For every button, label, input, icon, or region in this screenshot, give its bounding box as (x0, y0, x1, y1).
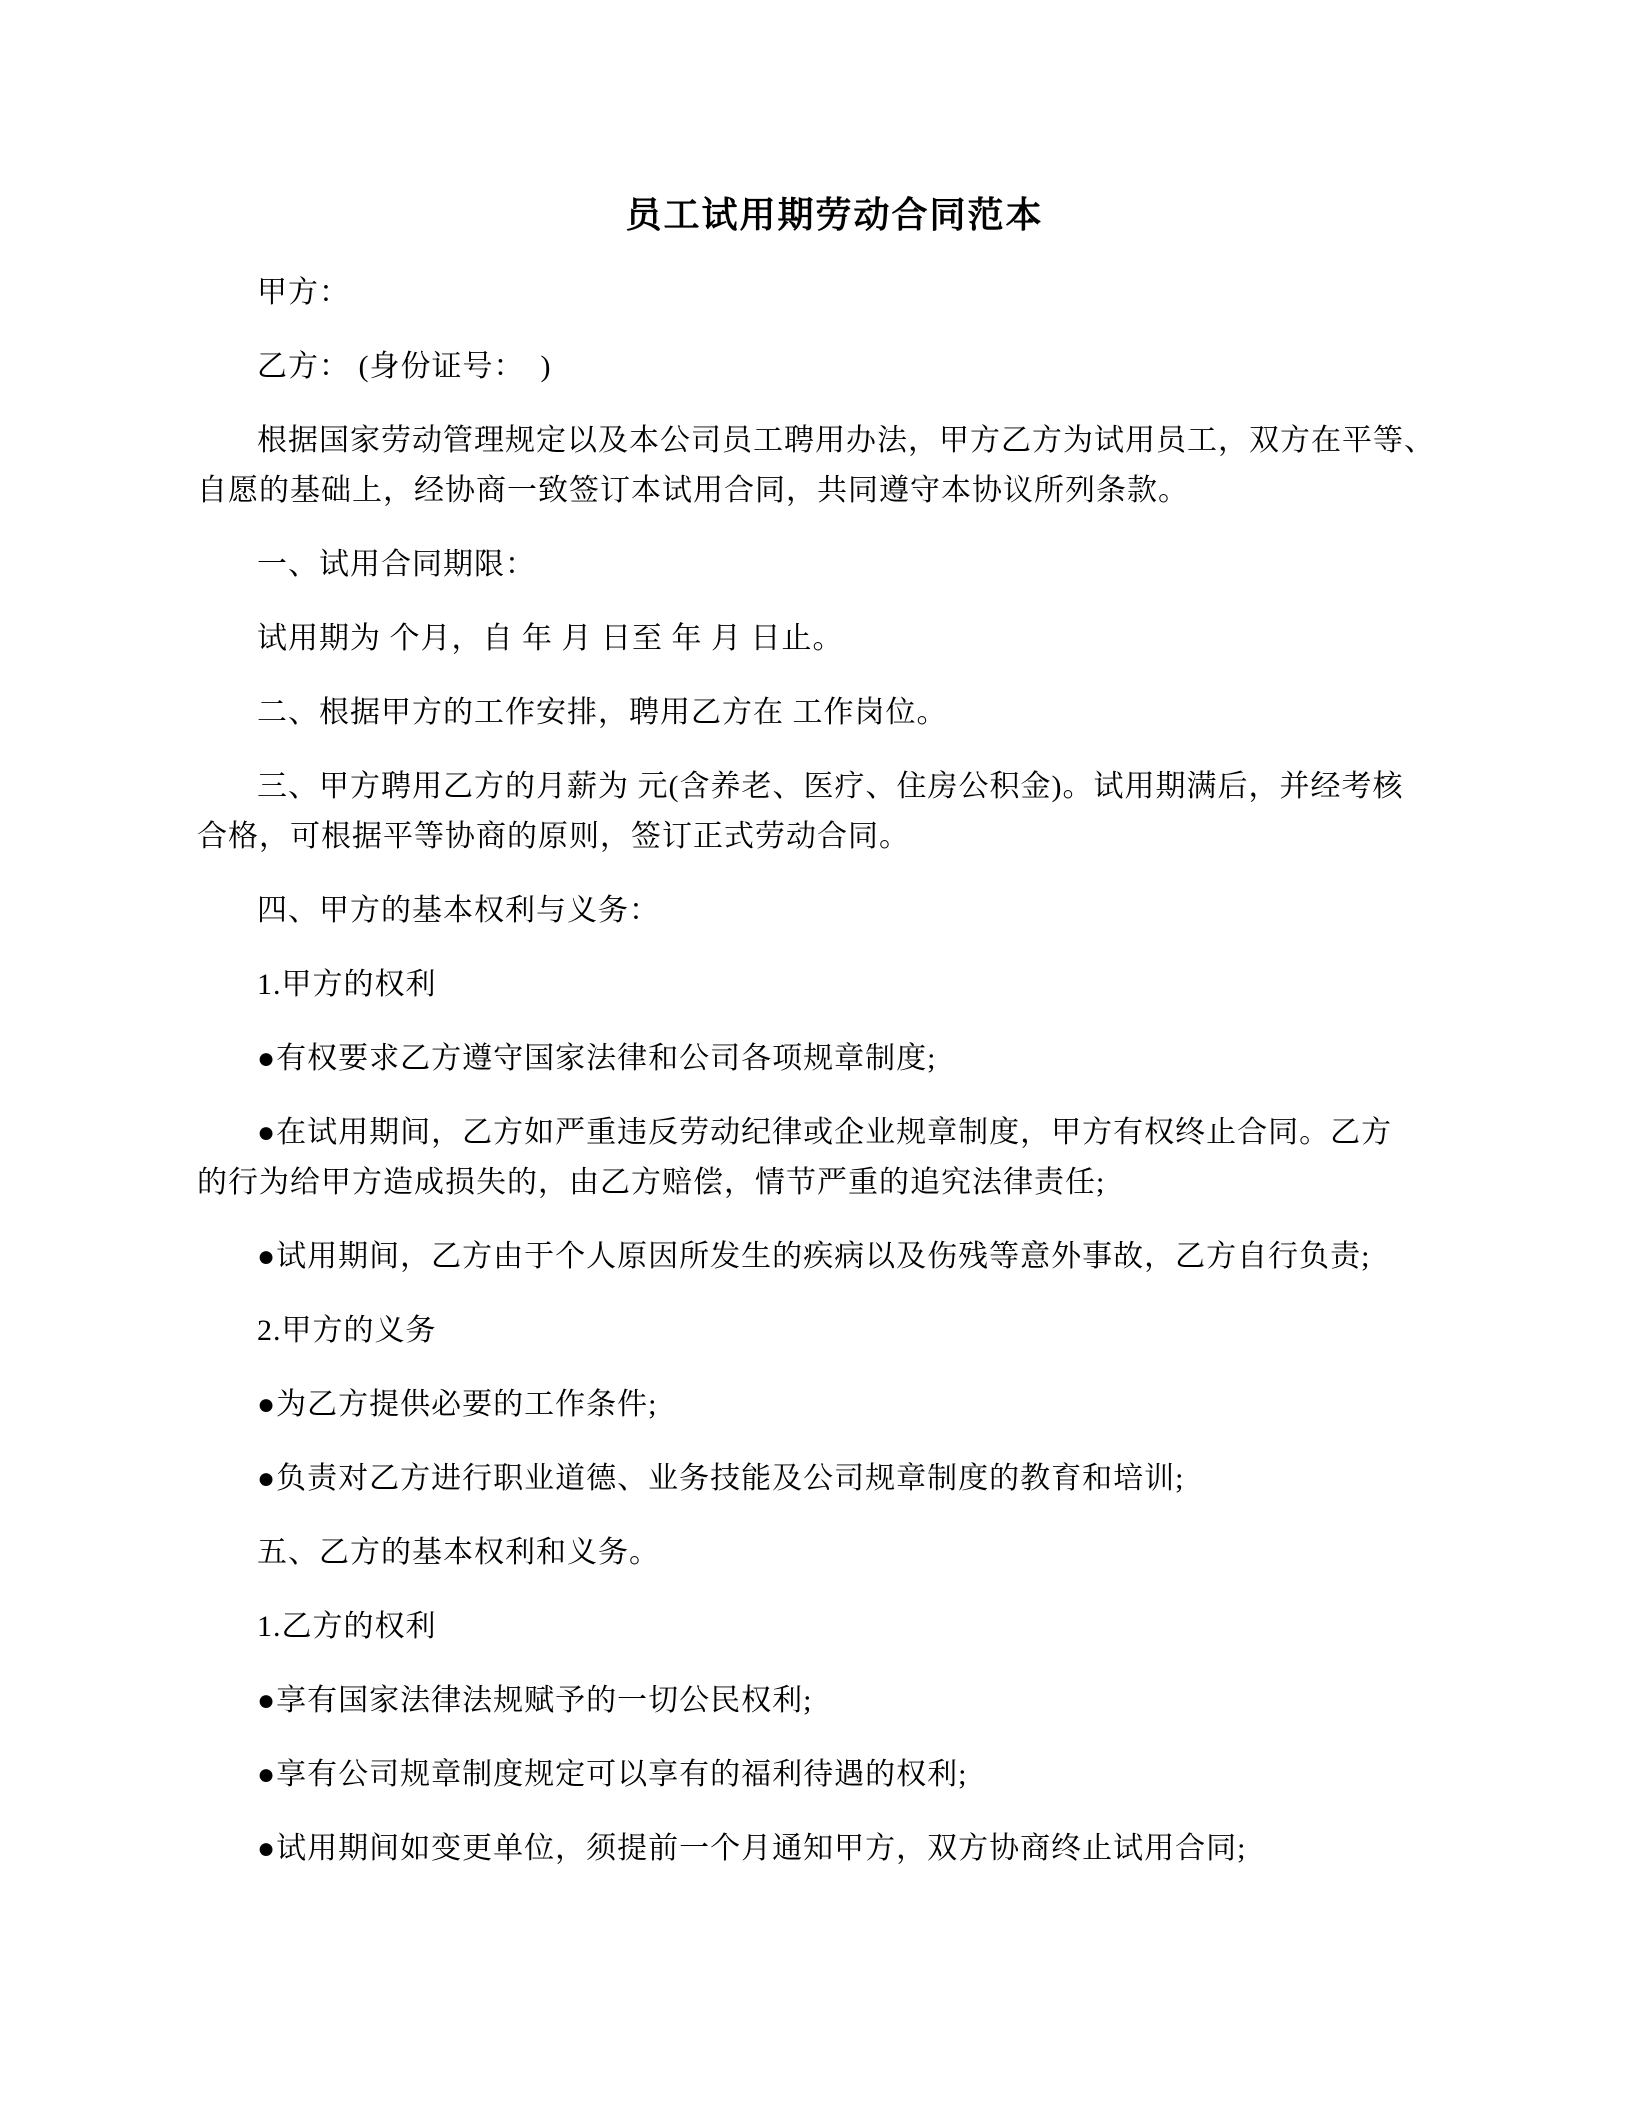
party-b-right-item-1: ●享有国家法律法规赋予的一切公民权利; (197, 1676, 1472, 1726)
party-a-right-item-3: ●试用期间，乙方由于个人原因所发生的疾病以及伤残等意外事故，乙方自行负责; (197, 1232, 1472, 1282)
bullet-line: ●试用期间如变更单位，须提前一个月通知甲方，双方协商终止试用合同; (197, 1824, 1472, 1874)
clause-5-heading-paragraph: 五、乙方的基本权利和义务。 (197, 1528, 1472, 1578)
clause-3-line-2: 合格，可根据平等协商的原则，签订正式劳动合同。 (197, 812, 1472, 862)
clause-3-paragraph: 三、甲方聘用乙方的月薪为 元(含养老、医疗、住房公积金)。试用期满后，并经考核 … (197, 762, 1472, 862)
clause-5-heading-line: 五、乙方的基本权利和义务。 (197, 1528, 1472, 1578)
party-b-paragraph: 乙方： (身份证号： ) (197, 342, 1472, 392)
clause-1-term-paragraph: 试用期为 个月，自 年 月 日至 年 月 日止。 (197, 614, 1472, 664)
party-a-rights-heading-paragraph: 1.甲方的权利 (197, 960, 1472, 1010)
party-a-duties-heading-line: 2.甲方的义务 (197, 1306, 1472, 1356)
document-page: 员工试用期劳动合同范本 甲方： 乙方： (身份证号： ) 根据国家劳动管理规定以… (0, 0, 1632, 2112)
bullet-line: ●负责对乙方进行职业道德、业务技能及公司规章制度的教育和培训; (197, 1454, 1472, 1504)
preamble-line-1: 根据国家劳动管理规定以及本公司员工聘用办法，甲方乙方为试用员工，双方在平等、 (197, 416, 1472, 466)
bullet-line: ●试用期间，乙方由于个人原因所发生的疾病以及伤残等意外事故，乙方自行负责; (197, 1232, 1472, 1282)
party-a-rights-heading-line: 1.甲方的权利 (197, 960, 1472, 1010)
clause-1-heading-line: 一、试用合同期限： (197, 540, 1472, 590)
clause-3-line-1: 三、甲方聘用乙方的月薪为 元(含养老、医疗、住房公积金)。试用期满后，并经考核 (197, 762, 1472, 812)
party-b-right-item-2: ●享有公司规章制度规定可以享有的福利待遇的权利; (197, 1750, 1472, 1800)
clause-2-line: 二、根据甲方的工作安排，聘用乙方在 工作岗位。 (197, 688, 1472, 738)
party-a-duty-item-1: ●为乙方提供必要的工作条件; (197, 1380, 1472, 1430)
preamble-paragraph: 根据国家劳动管理规定以及本公司员工聘用办法，甲方乙方为试用员工，双方在平等、 自… (197, 416, 1472, 516)
party-b-line: 乙方： (身份证号： ) (197, 342, 1472, 392)
contract-document: 员工试用期劳动合同范本 甲方： 乙方： (身份证号： ) 根据国家劳动管理规定以… (0, 0, 1632, 1874)
document-title: 员工试用期劳动合同范本 (197, 188, 1472, 244)
clause-4-heading-line: 四、甲方的基本权利与义务： (197, 886, 1472, 936)
party-a-duties-heading-paragraph: 2.甲方的义务 (197, 1306, 1472, 1356)
preamble-line-2: 自愿的基础上，经协商一致签订本试用合同，共同遵守本协议所列条款。 (197, 466, 1472, 516)
clause-4-heading-paragraph: 四、甲方的基本权利与义务： (197, 886, 1472, 936)
party-b-right-item-3: ●试用期间如变更单位，须提前一个月通知甲方，双方协商终止试用合同; (197, 1824, 1472, 1874)
party-a-right-item-1: ●有权要求乙方遵守国家法律和公司各项规章制度; (197, 1034, 1472, 1084)
bullet-line: ●在试用期间，乙方如严重违反劳动纪律或企业规章制度，甲方有权终止合同。乙方 (197, 1108, 1472, 1158)
clause-1-heading-paragraph: 一、试用合同期限： (197, 540, 1472, 590)
bullet-line: ●享有公司规章制度规定可以享有的福利待遇的权利; (197, 1750, 1472, 1800)
bullet-continuation-line: 的行为给甲方造成损失的，由乙方赔偿，情节严重的追究法律责任; (197, 1158, 1472, 1208)
party-b-rights-heading-paragraph: 1.乙方的权利 (197, 1602, 1472, 1652)
party-a-right-item-2: ●在试用期间，乙方如严重违反劳动纪律或企业规章制度，甲方有权终止合同。乙方 的行… (197, 1108, 1472, 1208)
party-b-rights-heading-line: 1.乙方的权利 (197, 1602, 1472, 1652)
party-a-paragraph: 甲方： (197, 268, 1472, 318)
clause-1-term-line: 试用期为 个月，自 年 月 日至 年 月 日止。 (197, 614, 1472, 664)
bullet-line: ●为乙方提供必要的工作条件; (197, 1380, 1472, 1430)
party-a-duty-item-2: ●负责对乙方进行职业道德、业务技能及公司规章制度的教育和培训; (197, 1454, 1472, 1504)
clause-2-paragraph: 二、根据甲方的工作安排，聘用乙方在 工作岗位。 (197, 688, 1472, 738)
party-a-line: 甲方： (197, 268, 1472, 318)
bullet-line: ●享有国家法律法规赋予的一切公民权利; (197, 1676, 1472, 1726)
bullet-line: ●有权要求乙方遵守国家法律和公司各项规章制度; (197, 1034, 1472, 1084)
